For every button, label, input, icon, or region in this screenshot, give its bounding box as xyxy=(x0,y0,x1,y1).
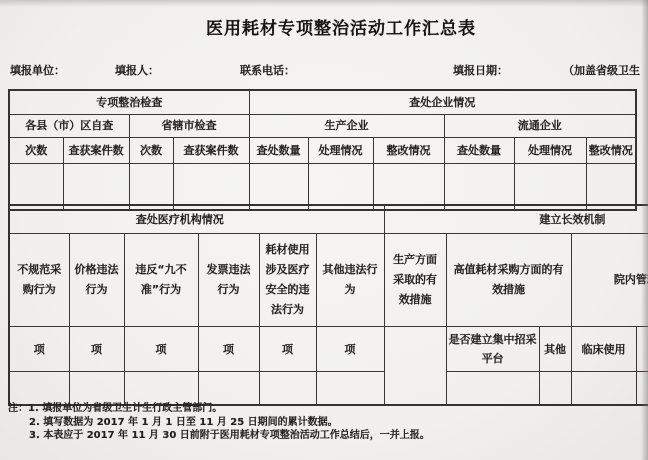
section-long-term-mechanism: 建立长效机制 xyxy=(384,205,648,234)
notes-label: 注： xyxy=(8,403,28,414)
data-cell xyxy=(316,372,384,406)
group-production-enterprise: 生产企业 xyxy=(249,115,444,138)
col-header-investigated-count-circ: 查处数量 xyxy=(444,138,514,164)
section-special-rectification-inspection: 专项整治检查 xyxy=(9,90,249,115)
data-cell xyxy=(69,372,124,406)
subheader-clinical-use: 临床使用 xyxy=(571,327,636,372)
group-city-inspection: 省辖市检查 xyxy=(129,115,249,138)
col-header-times-self: 次数 xyxy=(9,138,63,164)
section-medical-institution-investigation: 查处医疗机构情况 xyxy=(9,205,384,234)
subheader-central-procurement-platform: 是否建立集中招采平台 xyxy=(446,327,539,372)
unit-label-cell: 项 xyxy=(259,327,316,372)
scanned-form-page: 医用耗材专项整治活动工作汇总表 填报单位： 填报人： 联系电话： 填报日期： （… xyxy=(0,0,648,460)
scan-edge-shading-right xyxy=(641,0,648,460)
data-cell xyxy=(539,372,571,406)
header-hospital-management: 院内管理 xyxy=(571,234,648,327)
meta-fields-row: 填报单位： 填报人： 联系电话： 填报日期： （加盖省级卫生 xyxy=(0,62,648,80)
field-report-person-label: 填报人： xyxy=(115,62,159,78)
production-measures-entry-cell xyxy=(384,327,446,406)
header-invoice-violation: 发票违法行为 xyxy=(198,234,259,327)
data-cell xyxy=(571,372,636,406)
header-price-violation: 价格违法行为 xyxy=(69,234,124,327)
unit-label-cell: 项 xyxy=(316,327,384,372)
note-item-1: 1. 填报单位为省级卫生计生行政主管部门。 xyxy=(28,403,222,414)
form-title: 医用耗材专项整治活动工作汇总表 xyxy=(0,14,648,39)
col-header-handling-prod: 处理情况 xyxy=(308,138,373,164)
unit-label-cell: 项 xyxy=(198,327,259,372)
col-header-cases-self: 查获案件数 xyxy=(63,138,129,164)
unit-label-cell: 项 xyxy=(69,327,124,372)
scan-edge-shading-top xyxy=(0,0,648,7)
data-cell xyxy=(259,372,316,406)
table1-section-row: 专项整治检查 查处企业情况 xyxy=(9,90,636,115)
field-report-unit-label: 填报单位： xyxy=(10,62,65,78)
unit-label-cell: 项 xyxy=(124,327,198,372)
col-header-cases-city: 查获案件数 xyxy=(173,138,249,164)
col-header-handling-circ: 处理情况 xyxy=(514,138,586,164)
table2-unit-row: 项 项 项 项 项 项 是否建立集中招采平台 其他 临床使用 xyxy=(9,327,648,372)
header-irregular-procurement: 不规范采购行为 xyxy=(9,234,69,327)
field-stamp-note: （加盖省级卫生 xyxy=(563,62,640,78)
group-circulation-enterprise: 流通企业 xyxy=(444,115,636,138)
medical-institution-table: 查处医疗机构情况 建立长效机制 不规范采购行为 价格违法行为 违反“九不准”行为… xyxy=(8,204,648,406)
note-item-2: 2. 填写数据为 2017 年 1 月 1 日至 11 月 25 日期间的累计数… xyxy=(29,416,648,430)
header-production-measures: 生产方面采取的有效措施 xyxy=(384,234,446,327)
note-item-3: 3. 本表应于 2017 年 11 月 30 日前附于医用耗材专项整治活动工作总… xyxy=(29,429,648,443)
unit-label-cell: 项 xyxy=(9,327,69,372)
table1-header-row: 次数 查获案件数 次数 查获案件数 查处数量 处理情况 整改情况 查处数量 处理… xyxy=(9,138,636,164)
field-contact-phone-label: 联系电话： xyxy=(240,62,295,78)
group-county-self-check: 各县（市）区自查 xyxy=(9,115,129,138)
table2-header-row: 不规范采购行为 价格违法行为 违反“九不准”行为 发票违法行为 耗材使用涉及医疗… xyxy=(9,234,648,327)
notes-block: 注：1. 填报单位为省级卫生计生行政主管部门。 2. 填写数据为 2017 年 … xyxy=(8,402,648,443)
table2-section-row: 查处医疗机构情况 建立长效机制 xyxy=(9,205,648,234)
col-header-investigated-count-prod: 查处数量 xyxy=(249,138,308,164)
header-other-violation: 其他违法行为 xyxy=(316,234,384,327)
field-report-date-label: 填报日期： xyxy=(453,62,508,78)
data-cell xyxy=(446,372,539,406)
data-cell xyxy=(124,372,198,406)
col-header-rectification-circ: 整改情况 xyxy=(586,138,636,164)
enterprise-inspection-table: 专项整治检查 查处企业情况 各县（市）区自查 省辖市检查 生产企业 流通企业 次… xyxy=(8,89,637,211)
header-nine-prohibitions-violation: 违反“九不准”行为 xyxy=(124,234,198,327)
col-header-rectification-prod: 整改情况 xyxy=(373,138,444,164)
note-line-1: 注：1. 填报单位为省级卫生计生行政主管部门。 xyxy=(8,402,648,416)
header-safety-related-violation: 耗材使用涉及医疗安全的违法行为 xyxy=(259,234,316,327)
header-high-value-procurement-measures: 高值耗材采购方面的有效措施 xyxy=(446,234,571,327)
table1-group-row: 各县（市）区自查 省辖市检查 生产企业 流通企业 xyxy=(9,115,636,138)
col-header-times-city: 次数 xyxy=(129,138,173,164)
data-cell xyxy=(9,372,69,406)
data-cell xyxy=(198,372,259,406)
subheader-other: 其他 xyxy=(539,327,571,372)
table2-data-row xyxy=(9,372,648,406)
section-enterprise-investigation: 查处企业情况 xyxy=(249,90,636,115)
